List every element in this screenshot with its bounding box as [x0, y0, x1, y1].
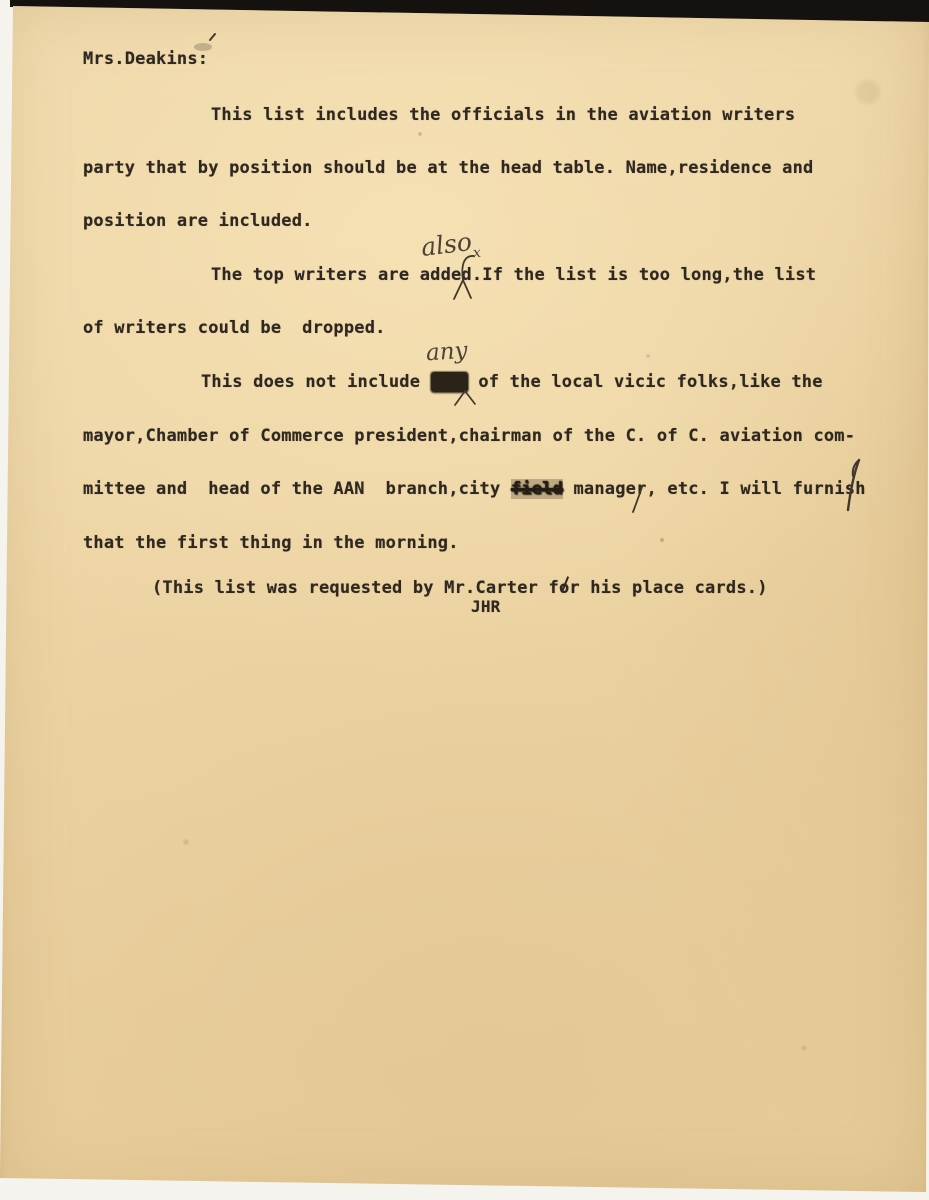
paper-sheet	[0, 0, 929, 1200]
typed-line: (This list was requested by Mr.Carter fo…	[152, 577, 768, 599]
handwritten-insertion-word: any	[425, 338, 468, 367]
typed-segment: of the local vicic folks,like the	[468, 372, 823, 392]
typist-initials: JHR	[471, 596, 501, 618]
typed-line: position are included.	[83, 210, 313, 232]
salutation: Mrs.Deakins:	[83, 48, 208, 70]
typed-segment: (This list was requested by Mr.Carter f	[152, 578, 559, 598]
typed-segment: r his place cards.)	[569, 578, 767, 598]
overstruck-character: o	[559, 577, 569, 599]
typed-segment: manager, etc. I will furnish	[563, 479, 866, 499]
struck-out-word: field	[511, 479, 563, 499]
typed-line: This list includes the officials in the …	[211, 104, 795, 126]
struck-out-word: any	[431, 372, 468, 392]
typed-line: that the first thing in the morning.	[83, 532, 459, 554]
handwritten-x-mark: x	[472, 245, 481, 262]
handwritten-insertion-word: also	[419, 227, 473, 262]
scanned-memo-page: Mrs.Deakins: This list includes the offi…	[0, 0, 929, 1200]
typed-line: mayor,Chamber of Commerce president,chai…	[83, 425, 855, 447]
typed-line: This does not include any of the local v…	[201, 371, 823, 393]
typed-line: party that by position should be at the …	[83, 157, 813, 179]
typed-segment: This does not include	[201, 372, 431, 392]
typed-line: mittee and head of the AAN branch,city f…	[83, 478, 866, 500]
typed-line: The top writers are added.If the list is…	[211, 264, 816, 286]
typed-segment: mittee and head of the AAN branch,city	[83, 479, 511, 499]
typed-line: of writers could be dropped.	[83, 317, 386, 339]
